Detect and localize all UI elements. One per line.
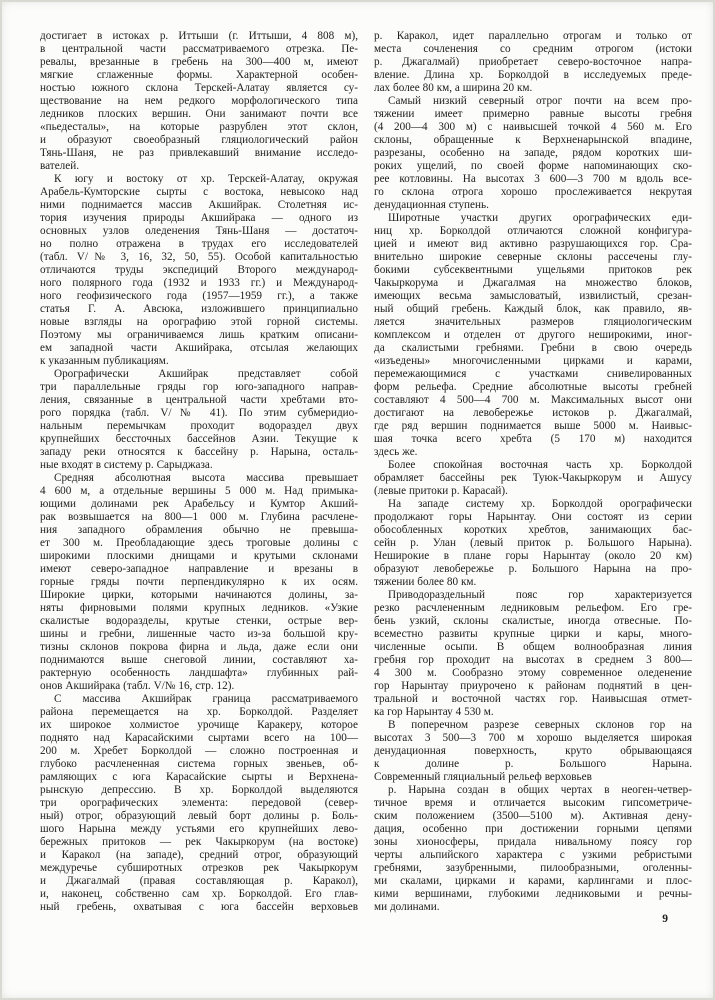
- paragraph: Приводораздельный пояс гор характеризует…: [374, 589, 692, 719]
- text-line: отличаются труды экспедиций Второго межд…: [40, 264, 358, 277]
- text-line: Самый низкий северный отрог почти на все…: [374, 95, 692, 108]
- paragraph: На западе систему хр. Борколдой орографи…: [374, 498, 692, 589]
- text-line: ниц хр. Борколдой отличаются сложной кон…: [374, 225, 692, 238]
- text-line: дация, особенно при достижении горными ц…: [374, 823, 692, 836]
- text-line: шая точка всего хребта (5 170 м) находит…: [374, 433, 692, 446]
- text-line: и образуют своеобразный гляциологический…: [40, 134, 358, 147]
- text-line: (табл. V/№ 3, 16, 32, 50, 55). Особой ка…: [40, 251, 358, 264]
- text-line: ния западного обрамления обычно не превы…: [40, 524, 358, 537]
- text-line: Широтные участки других орографических е…: [374, 212, 692, 225]
- text-line: ляется значительных размеров гляциологич…: [374, 316, 692, 329]
- text-line: 4 300 м. Сообразно этому современное оле…: [374, 667, 692, 680]
- text-line: гор Нарынтау приурочено к районам поднят…: [374, 680, 692, 693]
- text-line: гребня гор проходит на высотах в среднем…: [374, 654, 692, 667]
- text-line: комплексом и отделен от другого нешироки…: [374, 329, 692, 342]
- text-line: тяжении имеет примерно равные высоты гре…: [374, 108, 692, 121]
- paragraph: С массива Акшийрак граница рассматриваем…: [40, 693, 358, 914]
- column-right: р. Каракол, идет параллельно отрогам и т…: [374, 30, 692, 914]
- text-line: и, наконец, собственно сам хр. Борколдой…: [40, 888, 358, 901]
- paragraph: К югу и востоку от хр. Терскей-Алатау, о…: [40, 173, 358, 368]
- book-page: достигает в истоках р. Иттыши (г. Иттыши…: [0, 0, 715, 1000]
- text-line: ским положением (3500—5100 м). Активная …: [374, 810, 692, 823]
- text-line: ществование на нем редкого морфологическ…: [40, 95, 358, 108]
- text-line: бокими субсеквентными ущельями притоков …: [374, 264, 692, 277]
- text-line: ними поднимается массив Акшийрак. Столет…: [40, 199, 358, 212]
- text-line: рее котловины. На высотах 3 600—3 700 м …: [374, 173, 692, 186]
- text-line: Орографически Акшийрак представляет собо…: [40, 368, 358, 381]
- text-line: тяжении более 80 км.: [374, 576, 692, 589]
- text-line: 200 м. Хребет Борколдой — сложно построе…: [40, 745, 358, 758]
- text-line: ления, связанные в центральной части хре…: [40, 394, 358, 407]
- text-line: С массива Акшийрак граница рассматриваем…: [40, 693, 358, 706]
- text-line: достигают на левобережье истоков р. Джаг…: [374, 407, 692, 420]
- text-line: сейн р. Улан (левый приток р. Большого Н…: [374, 537, 692, 550]
- page-number: 9: [374, 913, 668, 925]
- text-line: Арабель-Кумторские сырты с востока, невы…: [40, 186, 358, 199]
- text-line: бережных притоков — рек Чакыркорум (на в…: [40, 836, 358, 849]
- text-line: резко расчлененным ледниковым рельефом. …: [374, 602, 692, 615]
- text-line: междуречье субширотных отрезков рек Чакы…: [40, 862, 358, 875]
- text-line: Широкие цирки, которыми начинаются долин…: [40, 589, 358, 602]
- text-line: в центральной части рассматриваемого отр…: [40, 43, 358, 56]
- text-line: района перемещается на хр. Борколдой. Ра…: [40, 706, 358, 719]
- text-line: склоны, обращенные к Верхненарынской впа…: [374, 134, 692, 147]
- paragraph: Средняя абсолютная высота массива превыш…: [40, 472, 358, 693]
- text-line: продолжают горы Нарынтау. Они состоят из…: [374, 511, 692, 524]
- text-line: три параллельные гряды гор юго-западного…: [40, 381, 358, 394]
- paragraph: Самый низкий северный отрог почти на все…: [374, 95, 692, 212]
- text-line: зоны хионосферы, придала нивальному пояс…: [374, 836, 692, 849]
- text-line: нальным перемычкам проходит водораздел д…: [40, 420, 358, 433]
- text-line: к указанным публикациям.: [40, 355, 358, 368]
- text-line: ледников плоских вершин. Они занимают по…: [40, 108, 358, 121]
- text-line: скалистые водоразделы, крутые стенки, ос…: [40, 615, 358, 628]
- text-line: составляют 4 500—4 700 м. Максимальных в…: [374, 394, 692, 407]
- text-line: статья Г. А. Авсюка, изложившего принцип…: [40, 303, 358, 316]
- text-line: тизны склонов покрова фирна и льда, даже…: [40, 641, 358, 654]
- text-line: ного полярного года (1932 и 1933 гг.) и …: [40, 277, 358, 290]
- paragraph: достигает в истоках р. Иттыши (г. Иттыши…: [40, 30, 358, 173]
- text-line: образуют левобережье р. Большого Нарына …: [374, 563, 692, 576]
- text-line: перемежающимися с участками снивелирован…: [374, 368, 692, 381]
- text-line: Неширокие в плане горы Нарынтау (около 2…: [374, 550, 692, 563]
- text-line: ные входят в систему р. Сарыджаза.: [40, 459, 358, 472]
- text-line: К югу и востоку от хр. Терскей-Алатау, о…: [40, 173, 358, 186]
- text-line: 4 600 м, а отдельные вершины 5 000 м. На…: [40, 485, 358, 498]
- text-line: ный общий гребень. Каждый блок, как прав…: [374, 303, 692, 316]
- text-line: места сочленения со средним отрогом (ист…: [374, 43, 692, 56]
- text-line: к долине р. Большого Нарына.: [374, 758, 692, 771]
- text-line: ка гор Нарынтау 4 530 м.: [374, 706, 692, 719]
- text-line: р. Джагалмай) приобретает северо-восточн…: [374, 56, 692, 69]
- text-line: денудационная поверхность, круто обрываю…: [374, 745, 692, 758]
- text-line: западу реки относятся к бассейну р. Нары…: [40, 446, 358, 459]
- text-line: го склона отрога хорошо прослеживается н…: [374, 186, 692, 199]
- text-line: вление. Длина хр. Борколдой в исследуемы…: [374, 69, 692, 82]
- text-line: тральной и восточной частях гор. Наивысш…: [374, 693, 692, 706]
- text-line: ный) отрог, образующий левый борт долины…: [40, 810, 358, 823]
- text-line: ный гребень, охватывая с юга бассейн вер…: [40, 901, 358, 914]
- text-line: форм рельефа. Средние абсолютные высоты …: [374, 381, 692, 394]
- text-line: няты фирновыми полями крупных ледников. …: [40, 602, 358, 615]
- text-line: тичное время и отличается высоким гипсом…: [374, 797, 692, 810]
- paragraph: Широтные участки других орографических е…: [374, 212, 692, 459]
- text-line: шины и гребни, лишенные часто из-за боль…: [40, 628, 358, 641]
- text-line: широкими плоскими днищами и крутыми скло…: [40, 550, 358, 563]
- text-line: Поэтому мы ограничиваемся лишь кратким о…: [40, 329, 358, 342]
- column-left: достигает в истоках р. Иттыши (г. Иттыши…: [40, 30, 358, 914]
- text-line: Средняя абсолютная высота массива превыш…: [40, 472, 358, 485]
- text-line: вателей.: [40, 160, 358, 173]
- text-line: мягкие сглаженные формы. Характерной осо…: [40, 69, 358, 82]
- text-line: р. Каракол, идет параллельно отрогам и т…: [374, 30, 692, 43]
- text-line: три орографических элемента: передовой (…: [40, 797, 358, 810]
- text-line: численные осыпи. В общем волнообразная л…: [374, 641, 692, 654]
- text-line: имеют северо-западное направление и врез…: [40, 563, 358, 576]
- paragraph: Более спокойная восточная часть хр. Борк…: [374, 459, 692, 498]
- paragraph: р. Нарына создан в общих чертах в неоген…: [374, 784, 692, 914]
- text-line: ностью южного склона Терскей-Алатау явля…: [40, 82, 358, 95]
- paragraph: Орографически Акшийрак представляет собо…: [40, 368, 358, 472]
- text-line: Чакыркорума и Джагалмая на множество бло…: [374, 277, 692, 290]
- text-line: (левые притоки р. Карасай).: [374, 485, 692, 498]
- text-line: (4 200—4 300 м) с наивысшей точкой 4 560…: [374, 121, 692, 134]
- text-line: поднято над Карасайскими сыртами всего н…: [40, 732, 358, 745]
- text-line: ет 300 м. Преобладающие здесь троговые д…: [40, 537, 358, 550]
- text-line: тория изучения природы Акшийрака — одног…: [40, 212, 358, 225]
- text-line: где ряд вершин поднимается выше 5000 м. …: [374, 420, 692, 433]
- text-line: разрезаны, особенно на западе, рядом кор…: [374, 147, 692, 160]
- text-line: Приводораздельный пояс гор характеризует…: [374, 589, 692, 602]
- text-line: денудационная ступень.: [374, 199, 692, 212]
- paragraph: р. Каракол, идет параллельно отрогам и т…: [374, 30, 692, 95]
- text-line: кими вершинами, глубокими ледниковыми и …: [374, 888, 692, 901]
- text-line: основных узлов оледенения Тянь-Шаня — до…: [40, 225, 358, 238]
- text-line: Современный гляциальный рельеф верховьев: [374, 771, 692, 784]
- text-line: «изъедены» многочисленными цирками и кар…: [374, 355, 692, 368]
- text-line: и Джагалмай (правая составляющая р. Кара…: [40, 875, 358, 888]
- text-line: ного геофизического года (1957—1959 гг.)…: [40, 290, 358, 303]
- text-line: онов Акшийрака (табл. V/№ 16, стр. 12).: [40, 680, 358, 693]
- text-line: «пьедесталы», на которые разрублен этот …: [40, 121, 358, 134]
- text-line: В поперечном разрезе северных склонов го…: [374, 719, 692, 732]
- text-line: горные гряды почти перпендикулярно к их …: [40, 576, 358, 589]
- text-line: ем западной части Акшийрака, отсылая жел…: [40, 342, 358, 355]
- text-line: крупнейших бессточных бассейнов Азии. Те…: [40, 433, 358, 446]
- text-line: рого порядка (табл. V/№ 41). По этим суб…: [40, 407, 358, 420]
- text-line: достигает в истоках р. Иттыши (г. Иттыши…: [40, 30, 358, 43]
- text-line: черты альпийского характера с узкими реб…: [374, 849, 692, 862]
- text-line: рак возвышается на 800—1 000 м. Глубина …: [40, 511, 358, 524]
- text-line: внительно широкие северные склоны рассеч…: [374, 251, 692, 264]
- text-line: обрамляет бассейны рек Туюк-Чакыркорум и…: [374, 472, 692, 485]
- text-line: высотах 3 500—3 700 м хорошо выделяется …: [374, 732, 692, 745]
- text-line: да скалистыми гребнями. Гребни в свою оч…: [374, 342, 692, 355]
- text-line: всеместно развиты крупные цирки и кары, …: [374, 628, 692, 641]
- text-line: рактерную особенность ландшафта» глубинн…: [40, 667, 358, 680]
- text-line: имеющих весьма замысловатый, извилистый,…: [374, 290, 692, 303]
- text-line: ющими долинами рек Арабельсу и Кумтор Ак…: [40, 498, 358, 511]
- text-line: ревалы, врезанные в гребень на 300—400 м…: [40, 56, 358, 69]
- text-line: но полно отражена в трудах его исследова…: [40, 238, 358, 251]
- text-line: роких ущелий, по своей форме напоминающи…: [374, 160, 692, 173]
- text-line: цией и имеют вид активно разрушающихся г…: [374, 238, 692, 251]
- text-line: здесь же.: [374, 446, 692, 459]
- text-line: Более спокойная восточная часть хр. Борк…: [374, 459, 692, 472]
- text-line: На западе систему хр. Борколдой орографи…: [374, 498, 692, 511]
- text-line: р. Нарына создан в общих чертах в неоген…: [374, 784, 692, 797]
- text-line: бень узкий, склоны скалистые, иногда отв…: [374, 615, 692, 628]
- text-line: лах более 80 км, а ширина 20 км.: [374, 82, 692, 95]
- text-line: рамляющих с юга Карасайские сырты и Верх…: [40, 771, 358, 784]
- text-line: новые взгляды на орографию этой горной с…: [40, 316, 358, 329]
- text-line: их широкое холмистое урочище Каракеру, к…: [40, 719, 358, 732]
- paragraph: В поперечном разрезе северных склонов го…: [374, 719, 692, 784]
- text-line: и Каракол (на западе), средний отрог, об…: [40, 849, 358, 862]
- text-line: обособленных коротких хребтов, занимающи…: [374, 524, 692, 537]
- text-line: шого Нарына между устьями его крупнейших…: [40, 823, 358, 836]
- text-line: ми скалами, цирками и карами, карлингами…: [374, 875, 692, 888]
- text-line: рынскую депрессию. В хр. Борколдой выдел…: [40, 784, 358, 797]
- text-line: Тянь-Шаня, не раз привлекавший внимание …: [40, 147, 358, 160]
- text-line: глубоко расчлененная система горных звен…: [40, 758, 358, 771]
- text-line: гребнями, зазубренными, пилообразными, о…: [374, 862, 692, 875]
- text-line: поднимаются выше снеговой линии, составл…: [40, 654, 358, 667]
